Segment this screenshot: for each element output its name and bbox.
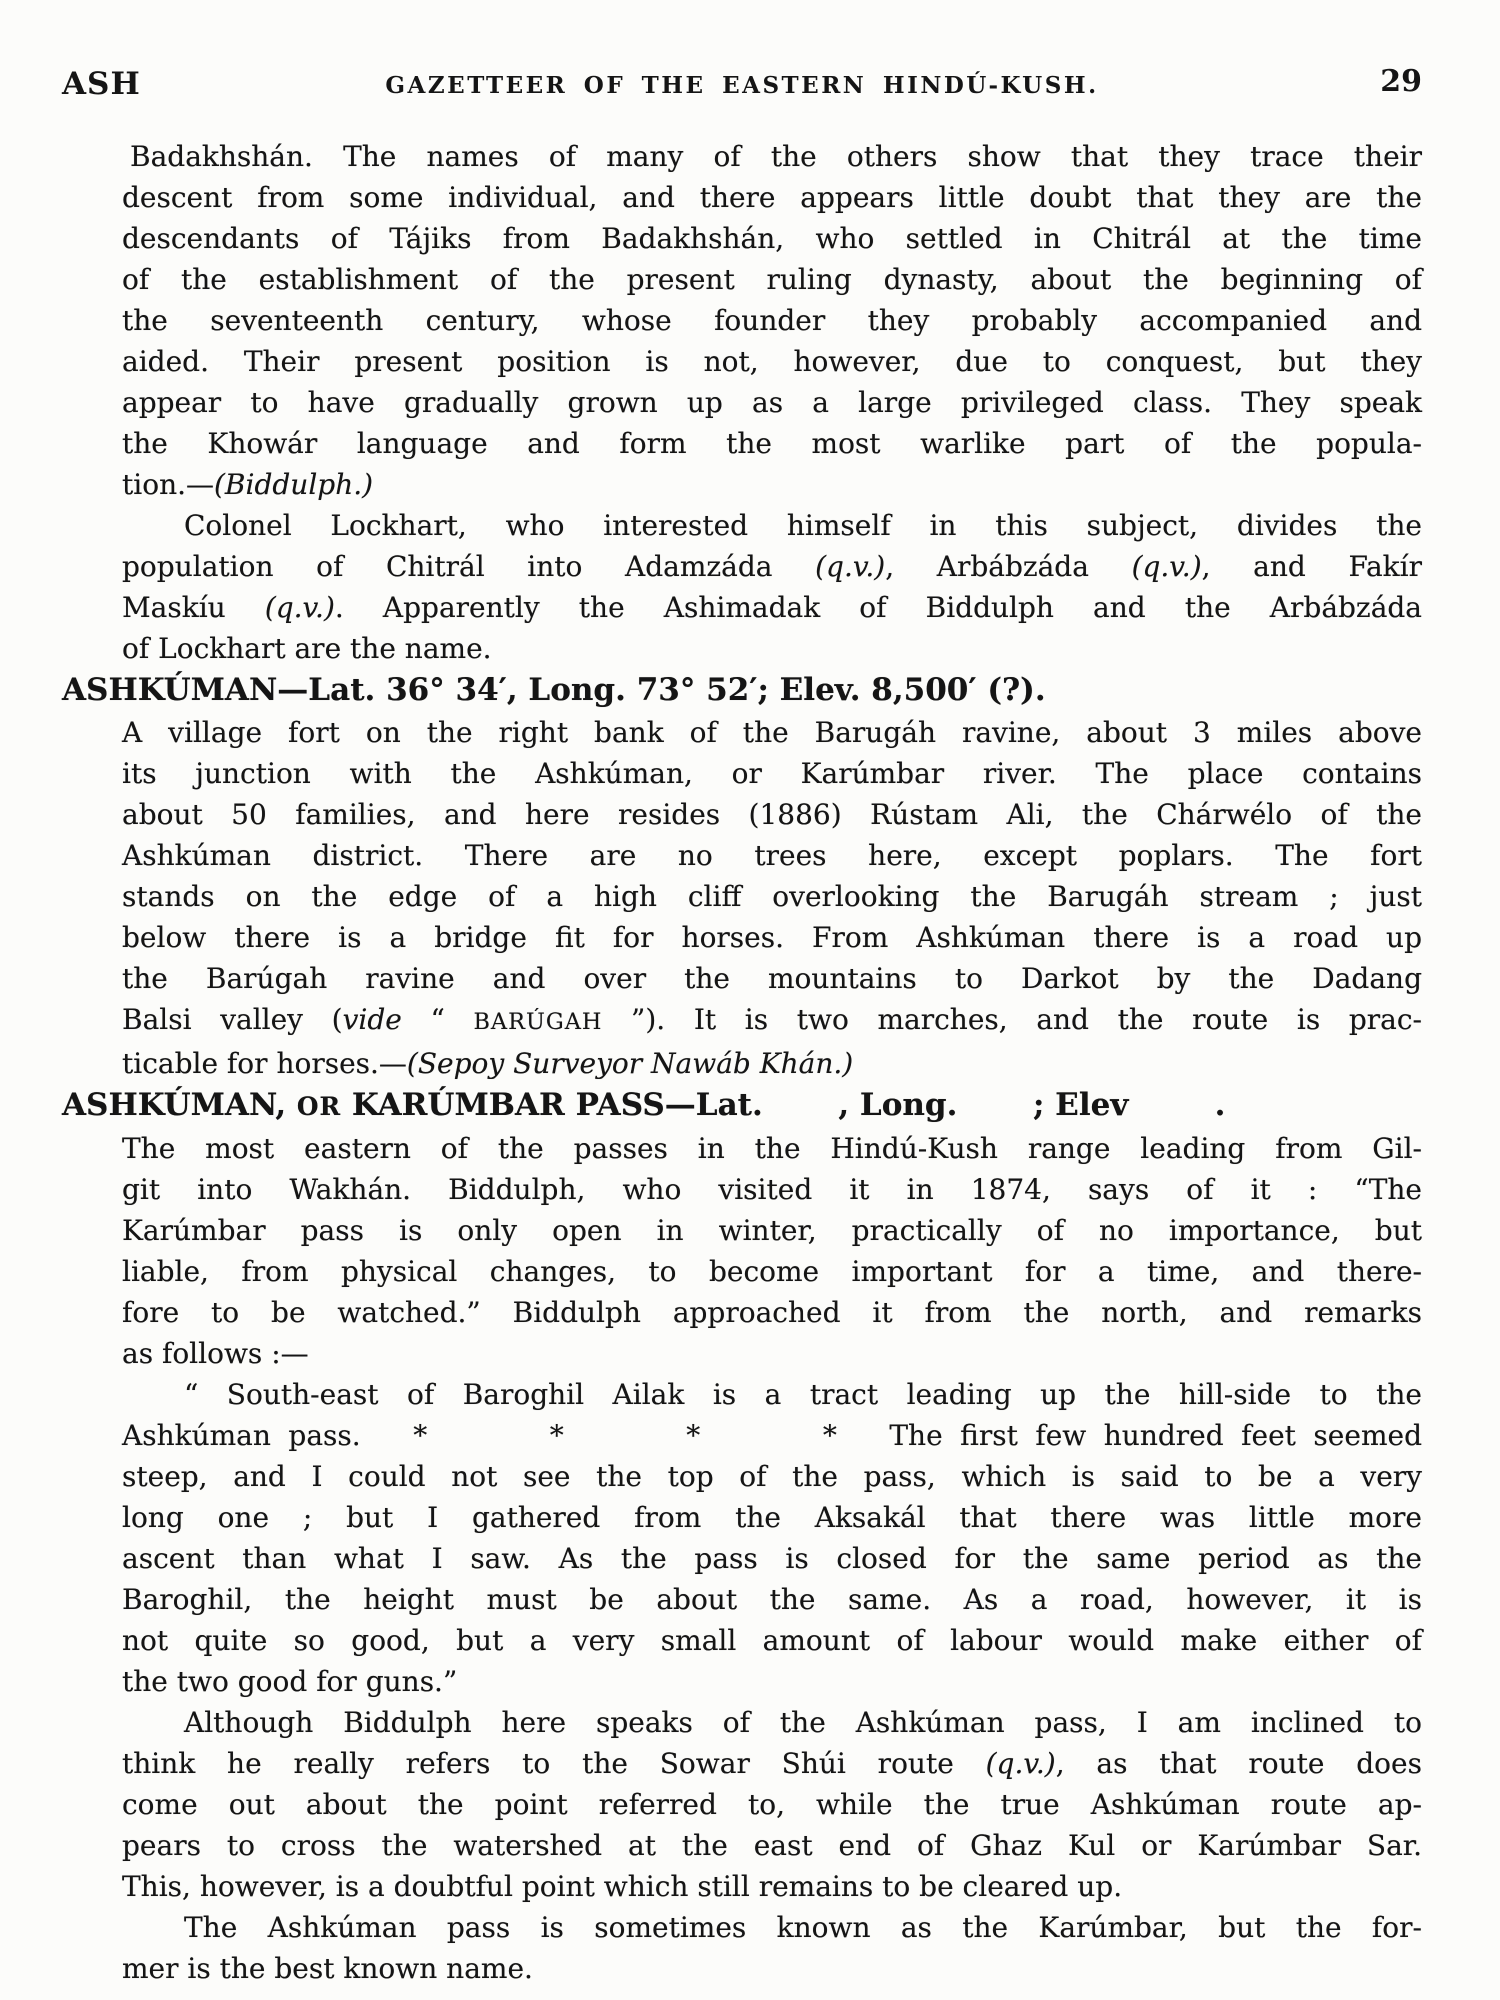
- text-segment: This, however, is a doubtful point which…: [122, 1870, 1122, 1903]
- text-line: the seventeenth century, whose founder t…: [122, 300, 1422, 341]
- text-line: “ South-east of Baroghil Ailak is a trac…: [122, 1374, 1422, 1415]
- text-segment: the two good for guns.”: [122, 1665, 457, 1698]
- paragraph: The most eastern of the passes in the Hi…: [122, 1128, 1422, 1374]
- text-segment: descendants of Tájiks from Badakhshán, w…: [122, 222, 1422, 255]
- text-line: pears to cross the watershed at the east…: [122, 1825, 1422, 1866]
- text-segment: Ashkúman pass. * * * * The first few hun…: [122, 1419, 1422, 1452]
- text-line: tion.—(Biddulph.): [122, 464, 1422, 505]
- paragraph: The Ashkúman pass is sometimes known as …: [122, 1907, 1422, 1989]
- text-line: long one ; but I gathered from the Aksak…: [122, 1497, 1422, 1538]
- text-segment: ASHKÚMAN,: [62, 1087, 297, 1123]
- text-segment: of Lockhart are the name.: [122, 632, 492, 665]
- text-segment: (q.v.): [1132, 550, 1202, 583]
- text-line: population of Chitrál into Adamzáda (q.v…: [122, 546, 1422, 587]
- text-segment: about 50 families, and here resides (188…: [122, 798, 1422, 831]
- text-line: Badakhshán. The names of many of the oth…: [122, 136, 1422, 177]
- text-segment: Colonel Lockhart, who interested himself…: [184, 509, 1422, 542]
- scanned-book-page: ASH GAZETTEER OF THE EASTERN HINDÚ-KUSH.…: [0, 0, 1500, 2000]
- paragraph: Although Biddulph here speaks of the Ash…: [122, 1702, 1422, 1907]
- text-line: its junction with the Ashkúman, or Karúm…: [122, 753, 1422, 794]
- text-segment: Balsi valley (: [122, 1003, 343, 1036]
- text-segment: , and Fakír: [1202, 550, 1422, 583]
- text-segment: (q.v.): [265, 591, 335, 624]
- text-segment: Ashkúman district. There are no trees he…: [122, 839, 1422, 872]
- text-line: ASHKÚMAN—Lat. 36° 34′, Long. 73° 52′; El…: [62, 670, 1422, 711]
- text-segment: vide: [343, 1003, 402, 1036]
- text-segment: The most eastern of the passes in the Hi…: [122, 1132, 1422, 1165]
- text-segment: think he really refers to the Sowar Shúi…: [122, 1747, 986, 1780]
- text-line: ascent than what I saw. As the pass is c…: [122, 1538, 1422, 1579]
- text-segment: the seventeenth century, whose founder t…: [122, 304, 1422, 337]
- text-line: fore to be watched.” Biddulph approached…: [122, 1292, 1422, 1333]
- text-segment: Baroghil, the height must be about the s…: [122, 1583, 1422, 1616]
- text-line: liable, from physical changes, to become…: [122, 1251, 1422, 1292]
- text-segment: ascent than what I saw. As the pass is c…: [122, 1542, 1422, 1575]
- text-segment: of the establishment of the present ruli…: [122, 263, 1422, 296]
- text-segment: Maskíu: [122, 591, 265, 624]
- text-segment: tion.—: [122, 468, 214, 501]
- text-segment: A village fort on the right bank of the …: [122, 716, 1422, 749]
- page-number: 29: [1380, 64, 1422, 99]
- text-segment: steep, and I could not see the top of th…: [122, 1460, 1422, 1493]
- text-segment: not quite so good, but a very small amou…: [122, 1624, 1422, 1657]
- text-line: aided. Their present position is not, ho…: [122, 341, 1422, 382]
- text-segment: the Khowár language and form the most wa…: [122, 427, 1422, 460]
- text-segment: the Barúgah ravine and over the mountain…: [122, 962, 1422, 995]
- text-segment: , as that route does: [1056, 1747, 1422, 1780]
- text-line: appear to have gradually grown up as a l…: [122, 382, 1422, 423]
- text-segment: Although Biddulph here speaks of the Ash…: [184, 1706, 1422, 1739]
- text-line: Colonel Lockhart, who interested himself…: [122, 505, 1422, 546]
- text-line: The most eastern of the passes in the Hi…: [122, 1128, 1422, 1169]
- paragraph: “ South-east of Baroghil Ailak is a trac…: [122, 1374, 1422, 1702]
- text-segment: Karúmbar pass is only open in winter, pr…: [122, 1214, 1422, 1247]
- text-line: about 50 families, and here resides (188…: [122, 794, 1422, 835]
- text-line: below there is a bridge fit for horses. …: [122, 917, 1422, 958]
- text-segment: as follows :—: [122, 1337, 309, 1370]
- text-segment: population of Chitrál into Adamzáda: [122, 550, 815, 583]
- text-line: descendants of Tájiks from Badakhshán, w…: [122, 218, 1422, 259]
- header-title: GAZETTEER OF THE EASTERN HINDÚ-KUSH.: [62, 72, 1422, 99]
- page-body: Badakhshán. The names of many of the oth…: [122, 136, 1422, 1989]
- text-segment: (Sepoy Surveyor Nawáb Khán.): [407, 1047, 853, 1080]
- text-line: Ashkúman district. There are no trees he…: [122, 835, 1422, 876]
- text-line: Karúmbar pass is only open in winter, pr…: [122, 1210, 1422, 1251]
- text-segment: Badakhshán. The names of many of the oth…: [130, 140, 1422, 173]
- text-line: steep, and I could not see the top of th…: [122, 1456, 1422, 1497]
- paragraph: A village fort on the right bank of the …: [122, 712, 1422, 1084]
- text-line: Maskíu (q.v.). Apparently the Ashimadak …: [122, 587, 1422, 628]
- text-line: This, however, is a doubtful point which…: [122, 1866, 1422, 1907]
- text-segment: liable, from physical changes, to become…: [122, 1255, 1422, 1288]
- text-segment: ”). It is two marches, and the route is …: [602, 1003, 1422, 1036]
- text-segment: descent from some individual, and there …: [122, 181, 1422, 214]
- text-line: not quite so good, but a very small amou…: [122, 1620, 1422, 1661]
- paragraph: Colonel Lockhart, who interested himself…: [122, 505, 1422, 669]
- text-line: Baroghil, the height must be about the s…: [122, 1579, 1422, 1620]
- text-segment: (q.v.): [815, 550, 885, 583]
- text-segment: (q.v.): [986, 1747, 1056, 1780]
- entry-heading: ASHKÚMAN, OR KARÚMBAR PASS—Lat. , Long. …: [62, 1085, 1422, 1127]
- text-segment: its junction with the Ashkúman, or Karúm…: [122, 757, 1422, 790]
- text-segment: long one ; but I gathered from the Aksak…: [122, 1501, 1422, 1534]
- text-segment: mer is the best known name.: [122, 1952, 533, 1985]
- text-line: ticable for horses.—(Sepoy Surveyor Nawá…: [122, 1043, 1422, 1084]
- text-segment: , Arbábzáda: [885, 550, 1131, 583]
- text-segment: aided. Their present position is not, ho…: [122, 345, 1422, 378]
- text-line: Balsi valley (vide “ BARÚGAH ”). It is t…: [122, 999, 1422, 1043]
- entry-heading: ASHKÚMAN—Lat. 36° 34′, Long. 73° 52′; El…: [62, 670, 1422, 711]
- text-line: Although Biddulph here speaks of the Ash…: [122, 1702, 1422, 1743]
- text-segment: stands on the edge of a high cliff overl…: [122, 880, 1422, 913]
- text-line: the two good for guns.”: [122, 1661, 1422, 1702]
- text-line: come out about the point referred to, wh…: [122, 1784, 1422, 1825]
- text-segment: KARÚMBAR PASS—Lat. , Long. ; Elev .: [341, 1087, 1225, 1123]
- text-segment: “: [402, 1003, 474, 1036]
- text-line: ASHKÚMAN, OR KARÚMBAR PASS—Lat. , Long. …: [62, 1085, 1422, 1127]
- text-segment: BARÚGAH: [473, 1009, 602, 1035]
- text-segment: pears to cross the watershed at the east…: [122, 1829, 1422, 1862]
- text-segment: OR: [297, 1092, 341, 1121]
- running-header: ASH GAZETTEER OF THE EASTERN HINDÚ-KUSH.…: [62, 64, 1422, 108]
- text-line: A village fort on the right bank of the …: [122, 712, 1422, 753]
- text-line: as follows :—: [122, 1333, 1422, 1374]
- text-segment: “ South-east of Baroghil Ailak is a trac…: [184, 1378, 1422, 1411]
- text-line: the Barúgah ravine and over the mountain…: [122, 958, 1422, 999]
- text-segment: git into Wakhán. Biddulph, who visited i…: [122, 1173, 1422, 1206]
- text-segment: ticable for horses.—: [122, 1047, 407, 1080]
- text-segment: ASHKÚMAN—Lat. 36° 34′, Long. 73° 52′; El…: [62, 672, 1046, 708]
- text-segment: fore to be watched.” Biddulph approached…: [122, 1296, 1422, 1329]
- text-line: git into Wakhán. Biddulph, who visited i…: [122, 1169, 1422, 1210]
- text-segment: appear to have gradually grown up as a l…: [122, 386, 1422, 419]
- text-line: of the establishment of the present ruli…: [122, 259, 1422, 300]
- text-line: The Ashkúman pass is sometimes known as …: [122, 1907, 1422, 1948]
- text-line: stands on the edge of a high cliff overl…: [122, 876, 1422, 917]
- text-line: of Lockhart are the name.: [122, 628, 1422, 669]
- text-segment: come out about the point referred to, wh…: [122, 1788, 1422, 1821]
- text-segment: below there is a bridge fit for horses. …: [122, 921, 1422, 954]
- text-segment: (Biddulph.): [214, 468, 373, 501]
- text-segment: . Apparently the Ashimadak of Biddulph a…: [335, 591, 1422, 624]
- text-line: Ashkúman pass. * * * * The first few hun…: [122, 1415, 1422, 1456]
- text-segment: The Ashkúman pass is sometimes known as …: [184, 1911, 1422, 1944]
- text-line: the Khowár language and form the most wa…: [122, 423, 1422, 464]
- text-line: descent from some individual, and there …: [122, 177, 1422, 218]
- text-line: mer is the best known name.: [122, 1948, 1422, 1989]
- text-line: think he really refers to the Sowar Shúi…: [122, 1743, 1422, 1784]
- paragraph: Badakhshán. The names of many of the oth…: [122, 136, 1422, 505]
